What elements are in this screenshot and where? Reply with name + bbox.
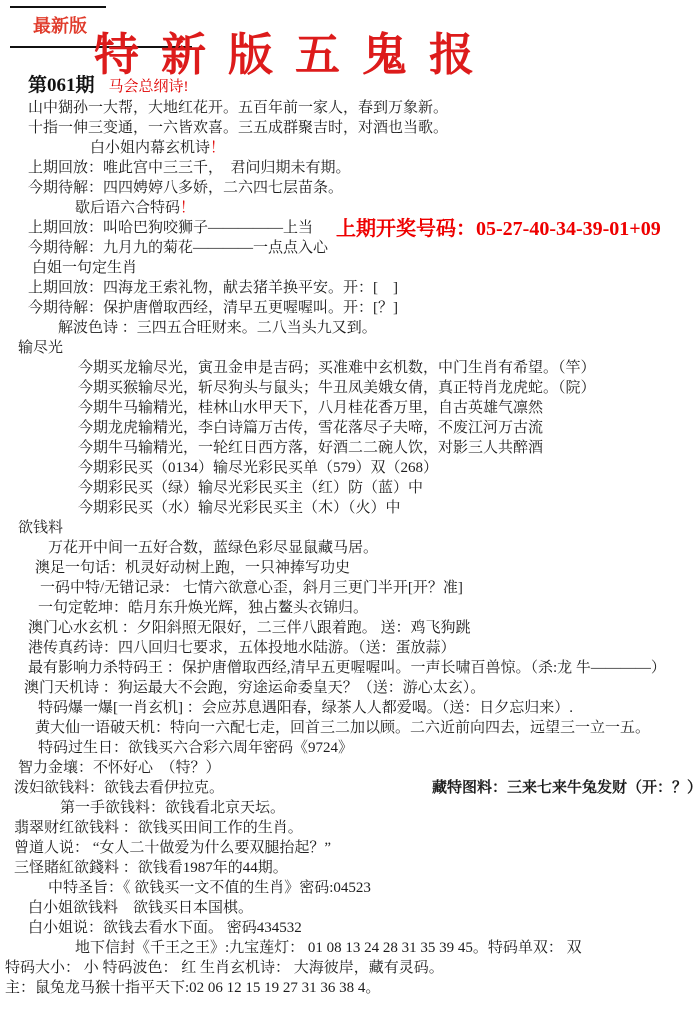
text-line: 今期牛马输精光，桂林山水甲天下，八月桂花香万里，自古英雄气凛然 <box>0 398 693 418</box>
text-line: 特码大小： 小 特码波色： 红 生肖玄机诗： 大海彼岸，藏有灵码。 <box>0 958 693 978</box>
text-segment: 十指一伸三变通，一六皆欢喜。三五成群聚吉时，对酒也当歌。 <box>28 120 448 136</box>
issue-number: 第061期 <box>28 75 95 96</box>
text-line: 白小姐内幕玄机诗！ <box>0 138 693 158</box>
text-line: 一句定乾坤：皓月东升焕光辉，独占鳌头衣锦归。 <box>0 598 693 618</box>
text-line: 今期待解：保护唐僧取西经，清早五更喔喔叫。开：[？] <box>0 298 693 318</box>
text-segment: 白小姐说：欲钱去看水下面。 密码434532 <box>28 920 302 936</box>
text-line: 智力金壤：不怀好心 （特？） <box>0 758 693 778</box>
text-line: 今期待解：九月九的菊花————一点点入心 <box>0 238 693 258</box>
text-line: 今期买猴输尽光，斩尽狗头与鼠头；牛丑凤美娥女倩，真正特肖龙虎蛇。（院） <box>0 378 693 398</box>
text-segment: 今期牛马输精光，桂林山水甲天下，八月桂花香万里，自古英雄气凛然 <box>78 400 543 416</box>
text-segment: 今期彩民买（0134）输尽光彩民买单（579）双（268） <box>78 460 438 476</box>
text-segment: 翡翠财红欲钱料 ：欲钱买田间工作的生肖。 <box>14 820 303 836</box>
text-line: 港传真药诗：四八回归七要求，五体投地水陆游。（送：蛋放蒜） <box>0 638 693 658</box>
latest-edition-badge: 最新版 <box>33 12 87 38</box>
text-line: 澳足一句话：机灵好动树上跑，一只神捧写功史 <box>0 558 693 578</box>
text-segment: 白小姐欲钱料 欲钱买日本国棋。 <box>28 900 253 916</box>
text-segment: 今期彩民买（水）输尽光彩民买主（木）（火）中 <box>78 500 401 516</box>
text-segment: 智力金壤：不怀好心 （特？） <box>18 760 221 776</box>
text-segment: 解波色诗 ：三四五合旺财来。二八当头九又到。 <box>58 320 377 336</box>
text-line: 上期回放：四海龙王索礼物，献去猪羊换平安。开：[ ] <box>0 278 693 298</box>
text-segment: 今期彩民买（绿）输尽光彩民买主（红）防（蓝）中 <box>78 480 423 496</box>
text-segment: 澳门心水玄机 ：夕阳斜照无限好，二三伴八跟着跑。 送：鸡飞狗跳 <box>28 620 471 636</box>
text-segment: 上期回放：唯此宫中三三千， 君问归期未有期。 <box>28 160 351 176</box>
text-line: 欲钱料 <box>0 518 693 538</box>
text-line: 地下信封《千王之王》:九宝莲灯： 01 08 13 24 28 31 35 39… <box>0 938 693 958</box>
text-line: 十指一伸三变通，一六皆欢喜。三五成群聚吉时，对酒也当歌。 <box>0 118 693 138</box>
text-segment: 澳门天机诗 ：狗运最大不会跑，穷途运命委皇天？（送：游心太玄）。 <box>24 680 485 696</box>
top-rule <box>10 6 106 8</box>
text-segment: 港传真药诗：四八回归七要求，五体投地水陆游。（送：蛋放蒜） <box>28 640 456 656</box>
text-segment: 上期回放：四海龙王索礼物，献去猪羊换平安。开：[ ] <box>28 280 398 296</box>
text-line: 今期彩民买（0134）输尽光彩民买单（579）双（268） <box>0 458 693 478</box>
text-segment: 今期待解：保护唐僧取西经，清早五更喔喔叫。开：[？] <box>28 300 398 316</box>
text-segment: 泼妇欲钱料：欲钱去看伊拉克。 <box>14 780 224 796</box>
text-line: 曾道人说： “女人二十做爱为什么要双腿抬起？” <box>0 838 693 858</box>
text-segment: 今期买龙输尽光，寅丑金申是吉码；买准难中玄机数，中门生肖有希望。（竿） <box>78 360 596 376</box>
text-line: 歇后语六合特码！ <box>0 198 693 218</box>
text-line: 今期牛马输精光，一轮红日西方落，好酒二二碗人饮，对影三人共醉酒 <box>0 438 693 458</box>
text-line: 解波色诗 ：三四五合旺财来。二八当头九又到。 <box>0 318 693 338</box>
text-segment: 万花开中间一五好合数，蓝绿色彩尽显鼠藏马居。 <box>48 540 378 556</box>
text-line: 黄大仙一语破天机：特向一六配七走，回首三二加以顾。二六近前向四去，远望三一立一五… <box>0 718 693 738</box>
text-line: 主：鼠兔龙马猴十指平天下:02 06 12 15 19 27 31 36 38 … <box>0 978 693 998</box>
text-segment: 地下信封《千王之王》:九宝莲灯： 01 08 13 24 28 31 35 39… <box>75 940 582 956</box>
text-segment: 今期买猴输尽光，斩尽狗头与鼠头；牛丑凤美娥女倩，真正特肖龙虎蛇。（院） <box>78 380 596 396</box>
text-segment: 今期待解：九月九的菊花————一点点入心 <box>28 240 328 256</box>
text-line: 万花开中间一五好合数，蓝绿色彩尽显鼠藏马居。 <box>0 538 693 558</box>
tip-sheet-page: 最新版 特新版五鬼报 第061期马会总纲诗! 上期开奖号码：05-27-40-3… <box>0 0 693 1017</box>
text-line: 输尽光 <box>0 338 693 358</box>
text-segment: 澳足一句话：机灵好动树上跑，一只神捧写功史 <box>35 560 350 576</box>
text-line: 今期待解：四四娉婷八多娇，二六四七层苗条。 <box>0 178 693 198</box>
text-line: 山中猢孙一大帮，大地红花开。五百年前一家人，春到万象新。 <box>0 98 693 118</box>
text-line: 今期买龙输尽光，寅丑金申是吉码；买准难中玄机数，中门生肖有希望。（竿） <box>0 358 693 378</box>
text-segment: ！ <box>180 200 195 216</box>
text-line: 上期回放：叫哈巴狗咬狮子—————上当 <box>0 218 693 238</box>
text-segment: 一句定乾坤：皓月东升焕光辉，独占鳌头衣锦归。 <box>38 600 368 616</box>
text-segment: 山中猢孙一大帮，大地红花开。五百年前一家人，春到万象新。 <box>28 100 448 116</box>
text-line: 今期龙虎输精光，李白诗篇万古传，雪花落尽子夫啼，不废江河万古流 <box>0 418 693 438</box>
text-line: 今期彩民买（水）输尽光彩民买主（木）（火）中 <box>0 498 693 518</box>
text-segment: 主：鼠兔龙马猴十指平天下:02 06 12 15 19 27 31 36 38 … <box>5 980 380 996</box>
text-segment: 中特圣旨：《 欲钱买一文不值的生肖》密码:04523 <box>48 880 371 896</box>
body-lines: 山中猢孙一大帮，大地红花开。五百年前一家人，春到万象新。十指一伸三变通，一六皆欢… <box>0 98 693 998</box>
text-line: 翡翠财红欲钱料 ：欲钱买田间工作的生肖。 <box>0 818 693 838</box>
text-segment: 今期龙虎输精光，李白诗篇万古传，雪花落尽子夫啼，不废江河万古流 <box>78 420 543 436</box>
text-line: 特码爆一爆[一肖玄机] ：会应苏息遇阳春，绿茶人人都爱喝。（送：日夕忘归来）. <box>0 698 693 718</box>
text-segment: 上期回放：叫哈巴狗咬狮子—————上当 <box>28 220 313 236</box>
text-segment: 今期待解：四四娉婷八多娇，二六四七层苗条。 <box>28 180 343 196</box>
text-segment: 今期牛马输精光，一轮红日西方落，好酒二二碗人饮，对影三人共醉酒 <box>78 440 543 456</box>
text-line: 澳门天机诗 ：狗运最大不会跑，穷途运命委皇天？（送：游心太玄）。 <box>0 678 693 698</box>
text-line: 最有影响力杀特码王 ：保护唐僧取西经,清早五更喔喔叫。一声长啸百兽惊。（杀:龙 … <box>0 658 693 678</box>
issue-row: 第061期马会总纲诗! <box>28 70 189 97</box>
text-segment: 输尽光 <box>18 340 63 356</box>
text-line: 中特圣旨：《 欲钱买一文不值的生肖》密码:04523 <box>0 878 693 898</box>
text-segment: 特码过生日：欲钱买六合彩六周年密码《9724》 <box>38 740 353 756</box>
text-line: 一码中特/无错记录： 七情六欲意心歪，斜月三更门半开[开？准] <box>0 578 693 598</box>
text-segment: 特码爆一爆[一肖玄机] ：会应苏息遇阳春，绿茶人人都爱喝。（送：日夕忘归来）. <box>38 700 573 716</box>
text-line: 泼妇欲钱料：欲钱去看伊拉克。藏特图料：三来七来牛兔发财（开：？） <box>0 778 693 798</box>
text-segment: 欲钱料 <box>18 520 63 536</box>
text-segment: 黄大仙一语破天机：特向一六配七走，回首三二加以顾。二六近前向四去，远望三一立一五… <box>35 720 650 736</box>
text-segment: 三怪賭紅欲錢料 ：欲钱看1987年的44期。 <box>14 860 288 876</box>
hidden-special-tip: 藏特图料：三来七来牛兔发财（开：？） <box>432 778 693 798</box>
text-line: 白小姐欲钱料 欲钱买日本国棋。 <box>0 898 693 918</box>
text-line: 三怪賭紅欲錢料 ：欲钱看1987年的44期。 <box>0 858 693 878</box>
text-line: 今期彩民买（绿）输尽光彩民买主（红）防（蓝）中 <box>0 478 693 498</box>
text-segment: 第一手欲钱料：欲钱看北京天坛。 <box>60 800 285 816</box>
text-segment: 白小姐内幕玄机诗 <box>90 140 210 156</box>
text-segment: ！ <box>210 140 225 156</box>
text-segment: 白姐一句定生肖 <box>32 260 137 276</box>
text-line: 第一手欲钱料：欲钱看北京天坛。 <box>0 798 693 818</box>
text-line: 上期回放：唯此宫中三三千， 君问归期未有期。 <box>0 158 693 178</box>
text-line: 澳门心水玄机 ：夕阳斜照无限好，二三伴八跟着跑。 送：鸡飞狗跳 <box>0 618 693 638</box>
text-segment: 一码中特/无错记录： 七情六欲意心歪，斜月三更门半开[开？准] <box>40 580 463 596</box>
text-line: 白姐一句定生肖 <box>0 258 693 278</box>
text-line: 特码过生日：欲钱买六合彩六周年密码《9724》 <box>0 738 693 758</box>
text-segment: 最有影响力杀特码王 ：保护唐僧取西经,清早五更喔喔叫。一声长啸百兽惊。（杀:龙 … <box>28 660 666 676</box>
text-line: 白小姐说：欲钱去看水下面。 密码434532 <box>0 918 693 938</box>
issue-subtitle: 马会总纲诗! <box>109 79 189 95</box>
text-segment: 歇后语六合特码 <box>75 200 180 216</box>
text-segment: 特码大小： 小 特码波色： 红 生肖玄机诗： 大海彼岸，藏有灵码。 <box>5 960 444 976</box>
text-segment: 曾道人说： “女人二十做爱为什么要双腿抬起？” <box>14 840 331 856</box>
